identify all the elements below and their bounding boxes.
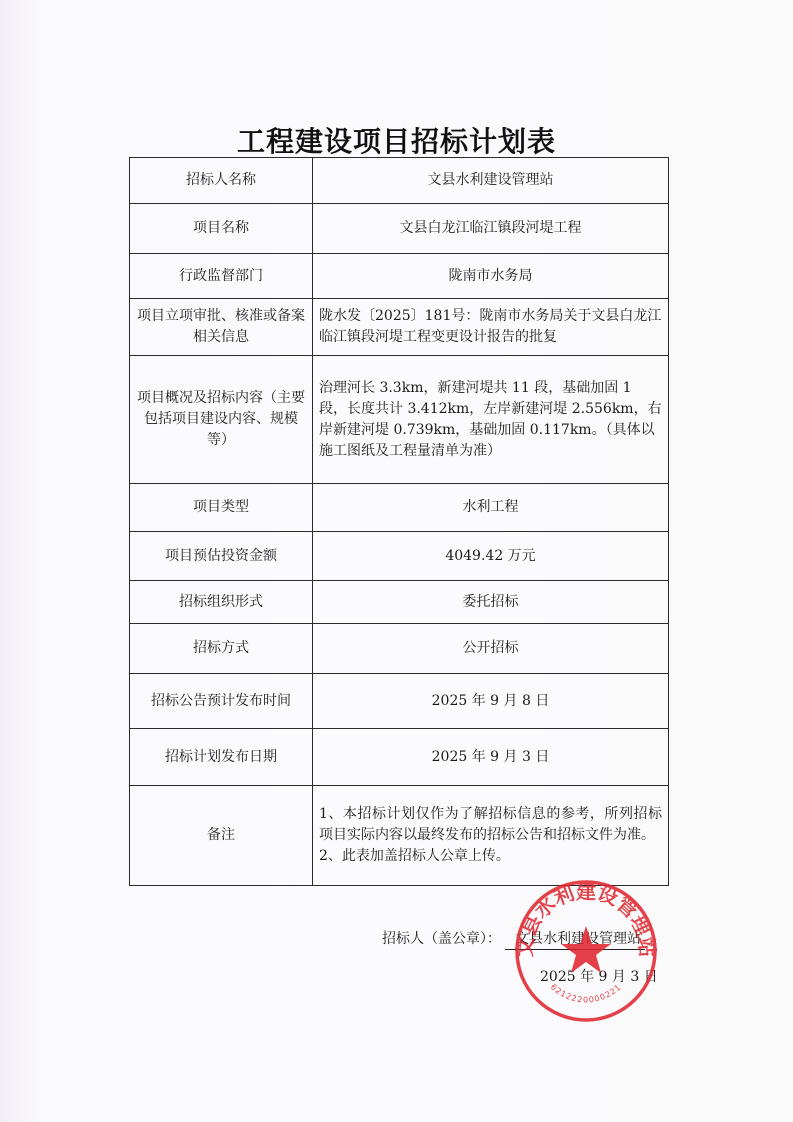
row-label: 招标公告预计发布时间 (130, 674, 313, 729)
row-label: 备注 (130, 786, 313, 886)
row-value: 水利工程 (313, 484, 669, 532)
row-label: 招标人名称 (130, 158, 313, 204)
row-label: 项目类型 (130, 484, 313, 532)
row-value: 陇水发〔2025〕181号：陇南市水务局关于文县白龙江临江镇段河堤工程变更设计报… (313, 299, 669, 356)
row-value: 陇南市水务局 (313, 254, 669, 299)
row-label: 项目立项审批、核准或备案相关信息 (130, 299, 313, 356)
row-label: 招标方式 (130, 624, 313, 674)
table-row: 招标方式 公开招标 (130, 624, 669, 674)
table-row: 项目概况及招标内容（主要包括项目建设内容、规模等） 治理河长 3.3km，新建河… (130, 356, 669, 484)
row-value: 文县白龙江临江镇段河堤工程 (313, 204, 669, 254)
table-row: 行政监督部门 陇南市水务局 (130, 254, 669, 299)
row-value: 2025 年 9 月 8 日 (313, 674, 669, 729)
document-title: 工程建设项目招标计划表 (0, 120, 793, 160)
row-label: 行政监督部门 (130, 254, 313, 299)
signature-label: 招标人（盖公章）： (382, 931, 501, 947)
table-row: 项目立项审批、核准或备案相关信息 陇水发〔2025〕181号：陇南市水务局关于文… (130, 299, 669, 356)
row-value: 2025 年 9 月 3 日 (313, 729, 669, 786)
signature-line: 招标人（盖公章）：文县水利建设管理站 (382, 928, 645, 950)
table-row: 备注 1、本招标计划仅作为了解招标信息的参考，所列招标项目实际内容以最终发布的招… (130, 786, 669, 886)
table-row: 项目名称 文县白龙江临江镇段河堤工程 (130, 204, 669, 254)
table-row: 招标计划发布日期 2025 年 9 月 3 日 (130, 729, 669, 786)
row-value: 委托招标 (313, 581, 669, 624)
table-row: 招标组织形式 委托招标 (130, 581, 669, 624)
row-label: 招标计划发布日期 (130, 729, 313, 786)
table-row: 招标人名称 文县水利建设管理站 (130, 158, 669, 204)
row-label: 项目概况及招标内容（主要包括项目建设内容、规模等） (130, 356, 313, 484)
row-value: 公开招标 (313, 624, 669, 674)
signature-date: 2025 年 9 月 3 日 (540, 966, 658, 986)
signature-organization: 文县水利建设管理站 (505, 930, 645, 950)
table-row: 项目预估投资金额 4049.42 万元 (130, 532, 669, 581)
row-value: 治理河长 3.3km，新建河堤共 11 段，基础加固 1 段，长度共计 3.41… (313, 356, 669, 484)
table-row: 项目类型 水利工程 (130, 484, 669, 532)
row-label: 项目名称 (130, 204, 313, 254)
note-item: 1、本招标计划仅作为了解招标信息的参考，所列招标项目实际内容以最终发布的招标公告… (319, 804, 662, 846)
row-value: 文县水利建设管理站 (313, 158, 669, 204)
note-item: 2、此表加盖招标人公章上传。 (319, 846, 662, 867)
table-row: 招标公告预计发布时间 2025 年 9 月 8 日 (130, 674, 669, 729)
row-label: 招标组织形式 (130, 581, 313, 624)
row-label: 项目预估投资金额 (130, 532, 313, 581)
row-value: 4049.42 万元 (313, 532, 669, 581)
bidding-plan-table: 招标人名称 文县水利建设管理站 项目名称 文县白龙江临江镇段河堤工程 行政监督部… (129, 157, 669, 886)
notes-cell: 1、本招标计划仅作为了解招标信息的参考，所列招标项目实际内容以最终发布的招标公告… (313, 786, 669, 886)
